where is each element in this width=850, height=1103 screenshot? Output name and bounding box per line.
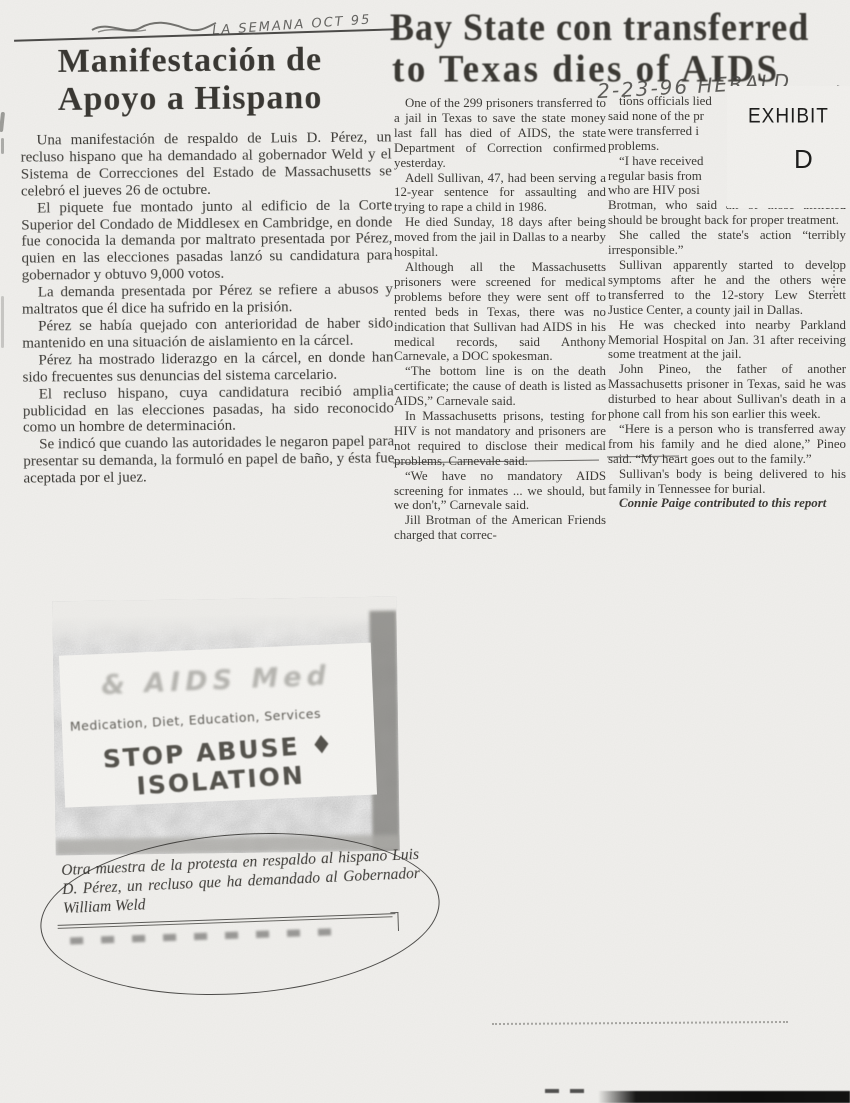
english-headline-line1: Bay State con transferred xyxy=(390,4,809,49)
exhibit-stamp: EXHIBIT D xyxy=(748,106,829,128)
paragraph: “Here is a person who is transferred awa… xyxy=(608,422,846,467)
scanned-newspaper-clippings-page: LA SEMANA OCT 95 Manifestación de Apoyo … xyxy=(0,0,850,1103)
paragraph: She called the state's action “terribly … xyxy=(608,228,846,258)
scan-edge-mark xyxy=(1,138,4,154)
protest-photo: & AIDS Med Medication, Diet, Education, … xyxy=(52,597,400,856)
paragraph: He died Sunday, 18 days after being move… xyxy=(394,215,606,260)
paragraph: Although all the Massachusetts prisoners… xyxy=(394,260,606,364)
exhibit-letter: D xyxy=(794,144,813,175)
bottom-ink-dashes xyxy=(545,1089,593,1093)
scan-edge-mark xyxy=(0,112,5,132)
paragraph: He was checked into nearby Parkland Memo… xyxy=(608,318,846,363)
paragraph: One of the 299 prisoners transferred to … xyxy=(394,96,606,171)
banner-line-faint: & AIDS Med xyxy=(60,659,373,703)
spanish-article-body: Una manifestación de respaldo de Luis D.… xyxy=(20,129,394,487)
paragraph: Pérez ha mostrado liderazgo en la cárcel… xyxy=(22,349,393,386)
paragraph: Sullivan's body is being delivered to hi… xyxy=(608,467,846,497)
faint-dotted-line xyxy=(492,1021,788,1025)
handwritten-source-note: LA SEMANA OCT 95 xyxy=(212,12,372,38)
paragraph: “We have no mandatory AIDS screening for… xyxy=(394,469,606,514)
paragraph: “The bottom line is on the death certifi… xyxy=(394,364,606,409)
english-column-1: One of the 299 prisoners transferred to … xyxy=(394,96,606,543)
paragraph: Jill Brotman of the American Friends cha… xyxy=(394,513,606,543)
paragraph: Adell Sullivan, 47, had been serving a 1… xyxy=(394,171,606,216)
bottom-scan-bar xyxy=(598,1091,850,1103)
paragraph: Una manifestación de respaldo de Luis D.… xyxy=(20,129,392,200)
paragraph: La demanda presentada por Pérez se refie… xyxy=(22,282,393,319)
exhibit-label: EXHIBIT xyxy=(748,105,829,129)
paragraph: John Pineo, the father of another Massac… xyxy=(608,362,846,422)
paragraph: Se indicó que cuando las autoridades le … xyxy=(23,434,394,488)
spanish-headline: Manifestación de Apoyo a Hispano xyxy=(22,41,359,120)
pen-scribble xyxy=(88,16,220,40)
paragraph: El recluso hispano, cuya candidatura rec… xyxy=(23,383,394,437)
contributor-byline: Connie Paige contributed to this report xyxy=(608,496,846,511)
protest-banner: & AIDS Med Medication, Diet, Education, … xyxy=(59,643,377,808)
scan-edge-mark xyxy=(1,296,4,348)
paragraph: El piquete fue montado junto al edificio… xyxy=(21,197,393,285)
paragraph: Pérez se había quejado con anterioridad … xyxy=(22,315,393,352)
paragraph: Sullivan apparently started to develop s… xyxy=(608,258,846,318)
banner-line-slogan: STOP ABUSE ♦ ISOLATION xyxy=(62,727,377,806)
